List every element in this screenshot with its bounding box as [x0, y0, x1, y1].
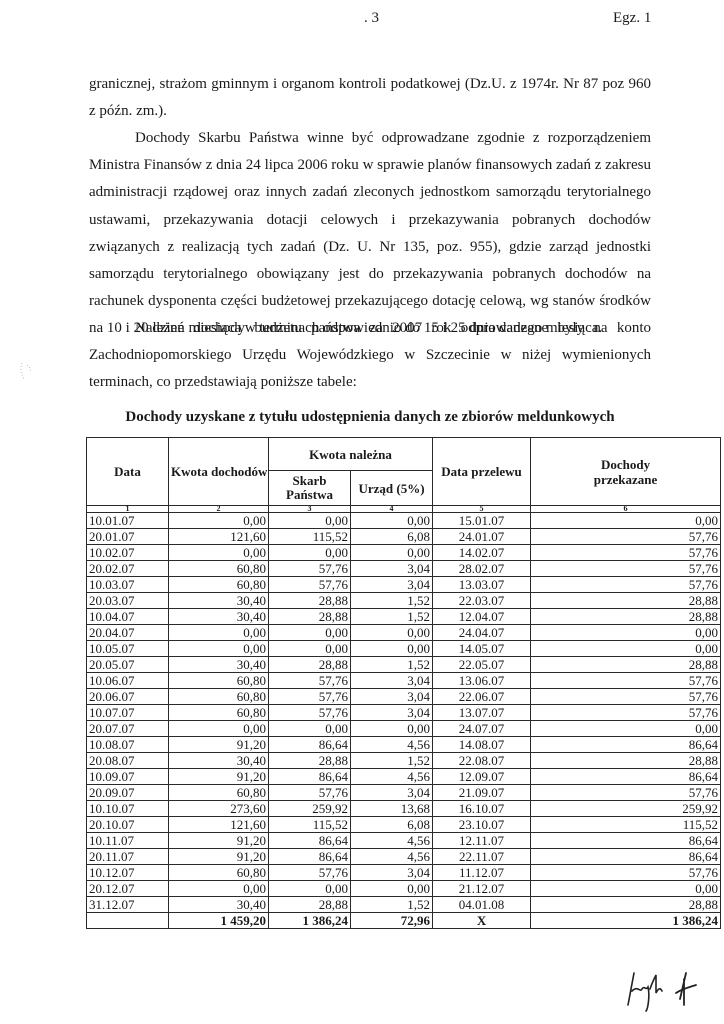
table-cell: 0,00	[531, 881, 721, 897]
table-cell: 4,56	[351, 769, 433, 785]
signature-icon	[620, 965, 700, 1015]
table-cell: 30,40	[169, 897, 269, 913]
table-cell: 0,00	[351, 721, 433, 737]
table-cell: 28,88	[531, 753, 721, 769]
table-cell: 10.04.07	[87, 609, 169, 625]
table-row: 10.11.0791,2086,644,5612.11.0786,64	[87, 833, 721, 849]
table-row: 31.12.0730,4028,881,5204.01.0828,88	[87, 897, 721, 913]
table-cell: 121,60	[169, 817, 269, 833]
table-cell: 3,04	[351, 865, 433, 881]
table-cell: 28,88	[531, 897, 721, 913]
table-cell: 0,00	[269, 625, 351, 641]
table-cell: 57,76	[269, 577, 351, 593]
table-cell: 91,20	[169, 769, 269, 785]
table-cell: 86,64	[269, 849, 351, 865]
table-cell: 259,92	[269, 801, 351, 817]
table-cell: 60,80	[169, 785, 269, 801]
totals-row: 1 459,201 386,2472,96X1 386,24	[87, 913, 721, 929]
table-cell: 57,76	[531, 689, 721, 705]
table-cell: 12.04.07	[433, 609, 531, 625]
table-cell: 10.05.07	[87, 641, 169, 657]
table-cell: 91,20	[169, 737, 269, 753]
table-cell: 24.01.07	[433, 529, 531, 545]
header-income-transferred: Dochody przekazane	[531, 438, 721, 506]
table-row: 10.01.070,000,000,0015.01.070,00	[87, 513, 721, 529]
table-row: 20.04.070,000,000,0024.04.070,00	[87, 625, 721, 641]
table-cell: 0,00	[351, 545, 433, 561]
table-cell: 0,00	[169, 641, 269, 657]
table-row: 20.09.0760,8057,763,0421.09.0757,76	[87, 785, 721, 801]
table-cell: 60,80	[169, 577, 269, 593]
table-cell: 13.03.07	[433, 577, 531, 593]
table-cell: 0,00	[269, 641, 351, 657]
table-cell: 57,76	[269, 705, 351, 721]
table-cell: 0,00	[531, 721, 721, 737]
table-cell: 20.07.07	[87, 721, 169, 737]
table-row: 10.06.0760,8057,763,0413.06.0757,76	[87, 673, 721, 689]
column-number-row: 1 2 3 4 5 6	[87, 506, 721, 513]
table-cell: 86,64	[531, 849, 721, 865]
table-row: 10.08.0791,2086,644,5614.08.0786,64	[87, 737, 721, 753]
table-cell: 86,64	[531, 769, 721, 785]
table-row: 10.10.07273,60259,9213,6816.10.07259,92	[87, 801, 721, 817]
table-cell: 22.05.07	[433, 657, 531, 673]
table-cell: 60,80	[169, 673, 269, 689]
column-number: 6	[531, 506, 721, 513]
table-cell: 1,52	[351, 657, 433, 673]
table-cell: 0,00	[531, 513, 721, 529]
table-cell: 86,64	[269, 833, 351, 849]
paragraph-regulation: Dochody Skarbu Państwa winne być odprowa…	[89, 125, 651, 343]
table-cell: 10.09.07	[87, 769, 169, 785]
table-cell: 0,00	[351, 513, 433, 529]
table-cell: 28,88	[531, 609, 721, 625]
table-cell: 1,52	[351, 753, 433, 769]
table-cell: 60,80	[169, 865, 269, 881]
table-cell: 28,88	[269, 593, 351, 609]
table-cell: 20.06.07	[87, 689, 169, 705]
table-cell: 0,00	[169, 545, 269, 561]
table-cell: 21.09.07	[433, 785, 531, 801]
table-cell: 273,60	[169, 801, 269, 817]
table-cell: 20.01.07	[87, 529, 169, 545]
table-cell: 20.10.07	[87, 817, 169, 833]
table-cell: 86,64	[269, 737, 351, 753]
table-cell: 115,52	[269, 529, 351, 545]
table-cell: 4,56	[351, 833, 433, 849]
table-cell: 30,40	[169, 609, 269, 625]
table-cell: 3,04	[351, 577, 433, 593]
table-cell: 10.08.07	[87, 737, 169, 753]
table-cell: 57,76	[269, 865, 351, 881]
total-cell: 1 386,24	[531, 913, 721, 929]
table-row: 10.02.070,000,000,0014.02.0757,76	[87, 545, 721, 561]
table-cell: 0,00	[531, 625, 721, 641]
table-cell: 22.11.07	[433, 849, 531, 865]
header-state-treasury: Skarb Państwa	[269, 471, 351, 506]
total-cell: 1 459,20	[169, 913, 269, 929]
table-cell: 6,08	[351, 529, 433, 545]
table-cell: 14.02.07	[433, 545, 531, 561]
table-cell: 28.02.07	[433, 561, 531, 577]
table-cell: 91,20	[169, 849, 269, 865]
table-cell: 28,88	[269, 609, 351, 625]
table-cell: 20.11.07	[87, 849, 169, 865]
table-cell: 60,80	[169, 705, 269, 721]
scan-artifact-icon	[18, 360, 36, 382]
table-cell: 60,80	[169, 689, 269, 705]
header-date: Data	[87, 438, 169, 506]
table-cell: 57,76	[269, 689, 351, 705]
table-cell: 57,76	[531, 561, 721, 577]
table-cell: 30,40	[169, 753, 269, 769]
table-cell: 4,56	[351, 849, 433, 865]
total-cell	[87, 913, 169, 929]
table-cell: 3,04	[351, 561, 433, 577]
income-table: Data Kwota dochodów Kwota należna Data p…	[86, 437, 721, 929]
table-cell: 23.10.07	[433, 817, 531, 833]
table-cell: 10.03.07	[87, 577, 169, 593]
column-number: 5	[433, 506, 531, 513]
table-cell: 4,56	[351, 737, 433, 753]
column-number: 3	[269, 506, 351, 513]
table-cell: 0,00	[531, 641, 721, 657]
table-row: 10.05.070,000,000,0014.05.070,00	[87, 641, 721, 657]
table-cell: 20.05.07	[87, 657, 169, 673]
table-cell: 22.08.07	[433, 753, 531, 769]
table-cell: 10.01.07	[87, 513, 169, 529]
table-cell: 6,08	[351, 817, 433, 833]
table-cell: 12.09.07	[433, 769, 531, 785]
table-cell: 57,76	[531, 577, 721, 593]
table-row: 20.05.0730,4028,881,5222.05.0728,88	[87, 657, 721, 673]
table-cell: 0,00	[351, 625, 433, 641]
table-cell: 24.07.07	[433, 721, 531, 737]
table-cell: 57,76	[531, 545, 721, 561]
table-row: 20.11.0791,2086,644,5622.11.0786,64	[87, 849, 721, 865]
table-row: 20.02.0760,8057,763,0428.02.0757,76	[87, 561, 721, 577]
table-cell: 22.03.07	[433, 593, 531, 609]
table-cell: 86,64	[269, 769, 351, 785]
table-cell: 16.10.07	[433, 801, 531, 817]
table-cell: 20.12.07	[87, 881, 169, 897]
table-row: 20.07.070,000,000,0024.07.070,00	[87, 721, 721, 737]
table-cell: 0,00	[169, 721, 269, 737]
table-cell: 0,00	[169, 513, 269, 529]
table-cell: 86,64	[531, 737, 721, 753]
table-cell: 30,40	[169, 593, 269, 609]
table-cell: 0,00	[269, 881, 351, 897]
table-cell: 10.11.07	[87, 833, 169, 849]
table-row: 20.08.0730,4028,881,5222.08.0728,88	[87, 753, 721, 769]
total-cell: 72,96	[351, 913, 433, 929]
column-number: 4	[351, 506, 433, 513]
table-cell: 0,00	[351, 641, 433, 657]
copy-label: Egz. 1	[613, 10, 651, 27]
table-cell: 28,88	[269, 657, 351, 673]
table-cell: 10.10.07	[87, 801, 169, 817]
table-row: 10.12.0760,8057,763,0411.12.0757,76	[87, 865, 721, 881]
table-cell: 115,52	[269, 817, 351, 833]
table-cell: 57,76	[269, 561, 351, 577]
table-cell: 31.12.07	[87, 897, 169, 913]
table-cell: 28,88	[269, 897, 351, 913]
table-cell: 10.06.07	[87, 673, 169, 689]
table-cell: 10.02.07	[87, 545, 169, 561]
table-row: 20.06.0760,8057,763,0422.06.0757,76	[87, 689, 721, 705]
table-cell: 86,64	[531, 833, 721, 849]
table-cell: 20.03.07	[87, 593, 169, 609]
column-number: 1	[87, 506, 169, 513]
total-cell: 1 386,24	[269, 913, 351, 929]
table-cell: 1,52	[351, 897, 433, 913]
table-title: Dochody uzyskane z tytułu udostępnienia …	[0, 409, 724, 426]
table-cell: 57,76	[531, 785, 721, 801]
table-cell: 12.11.07	[433, 833, 531, 849]
table-cell: 1,52	[351, 593, 433, 609]
table-cell: 13.07.07	[433, 705, 531, 721]
table-cell: 21.12.07	[433, 881, 531, 897]
table-cell: 28,88	[531, 657, 721, 673]
header-office: Urząd (5%)	[351, 471, 433, 506]
table-cell: 115,52	[531, 817, 721, 833]
total-cell: X	[433, 913, 531, 929]
table-cell: 1,52	[351, 609, 433, 625]
table-cell: 3,04	[351, 785, 433, 801]
table-row: 10.07.0760,8057,763,0413.07.0757,76	[87, 705, 721, 721]
table-cell: 22.06.07	[433, 689, 531, 705]
table-cell: 28,88	[269, 753, 351, 769]
table-cell: 0,00	[269, 513, 351, 529]
table-cell: 3,04	[351, 705, 433, 721]
table-row: 10.09.0791,2086,644,5612.09.0786,64	[87, 769, 721, 785]
table-cell: 10.07.07	[87, 705, 169, 721]
paragraph-continuation: granicznej, strażom gminnym i organom ko…	[89, 71, 651, 125]
table-cell: 3,04	[351, 673, 433, 689]
table-cell: 04.01.08	[433, 897, 531, 913]
header-income-amount: Kwota dochodów	[169, 438, 269, 506]
table-cell: 24.04.07	[433, 625, 531, 641]
table-row: 20.12.070,000,000,0021.12.070,00	[87, 881, 721, 897]
table-cell: 10.12.07	[87, 865, 169, 881]
table-cell: 14.08.07	[433, 737, 531, 753]
table-cell: 0,00	[169, 881, 269, 897]
table-cell: 57,76	[531, 529, 721, 545]
table-row: 10.03.0760,8057,763,0413.03.0757,76	[87, 577, 721, 593]
table-cell: 57,76	[269, 785, 351, 801]
table-cell: 0,00	[269, 721, 351, 737]
table-cell: 20.09.07	[87, 785, 169, 801]
table-cell: 121,60	[169, 529, 269, 545]
header-amount-due: Kwota należna	[269, 438, 433, 471]
table-cell: 20.08.07	[87, 753, 169, 769]
table-cell: 0,00	[169, 625, 269, 641]
table-cell: 13,68	[351, 801, 433, 817]
table-cell: 60,80	[169, 561, 269, 577]
paragraph-transfers: Należne dochody budżetu państwa za 2007 …	[89, 315, 651, 397]
table-cell: 259,92	[531, 801, 721, 817]
table-cell: 30,40	[169, 657, 269, 673]
table-cell: 14.05.07	[433, 641, 531, 657]
table-cell: 13.06.07	[433, 673, 531, 689]
header-transfer-date: Data przelewu	[433, 438, 531, 506]
table-cell: 20.02.07	[87, 561, 169, 577]
table-cell: 57,76	[531, 673, 721, 689]
table-cell: 0,00	[351, 881, 433, 897]
column-number: 2	[169, 506, 269, 513]
table-cell: 15.01.07	[433, 513, 531, 529]
table-cell: 28,88	[531, 593, 721, 609]
table-cell: 3,04	[351, 689, 433, 705]
table-row: 20.10.07121,60115,526,0823.10.07115,52	[87, 817, 721, 833]
page-number: . 3	[364, 10, 379, 27]
table-cell: 91,20	[169, 833, 269, 849]
table-cell: 57,76	[531, 705, 721, 721]
table-row: 10.04.0730,4028,881,5212.04.0728,88	[87, 609, 721, 625]
table-cell: 11.12.07	[433, 865, 531, 881]
table-cell: 0,00	[269, 545, 351, 561]
table-row: 20.03.0730,4028,881,5222.03.0728,88	[87, 593, 721, 609]
table-cell: 57,76	[269, 673, 351, 689]
table-row: 20.01.07121,60115,526,0824.01.0757,76	[87, 529, 721, 545]
table-cell: 20.04.07	[87, 625, 169, 641]
table-cell: 57,76	[531, 865, 721, 881]
